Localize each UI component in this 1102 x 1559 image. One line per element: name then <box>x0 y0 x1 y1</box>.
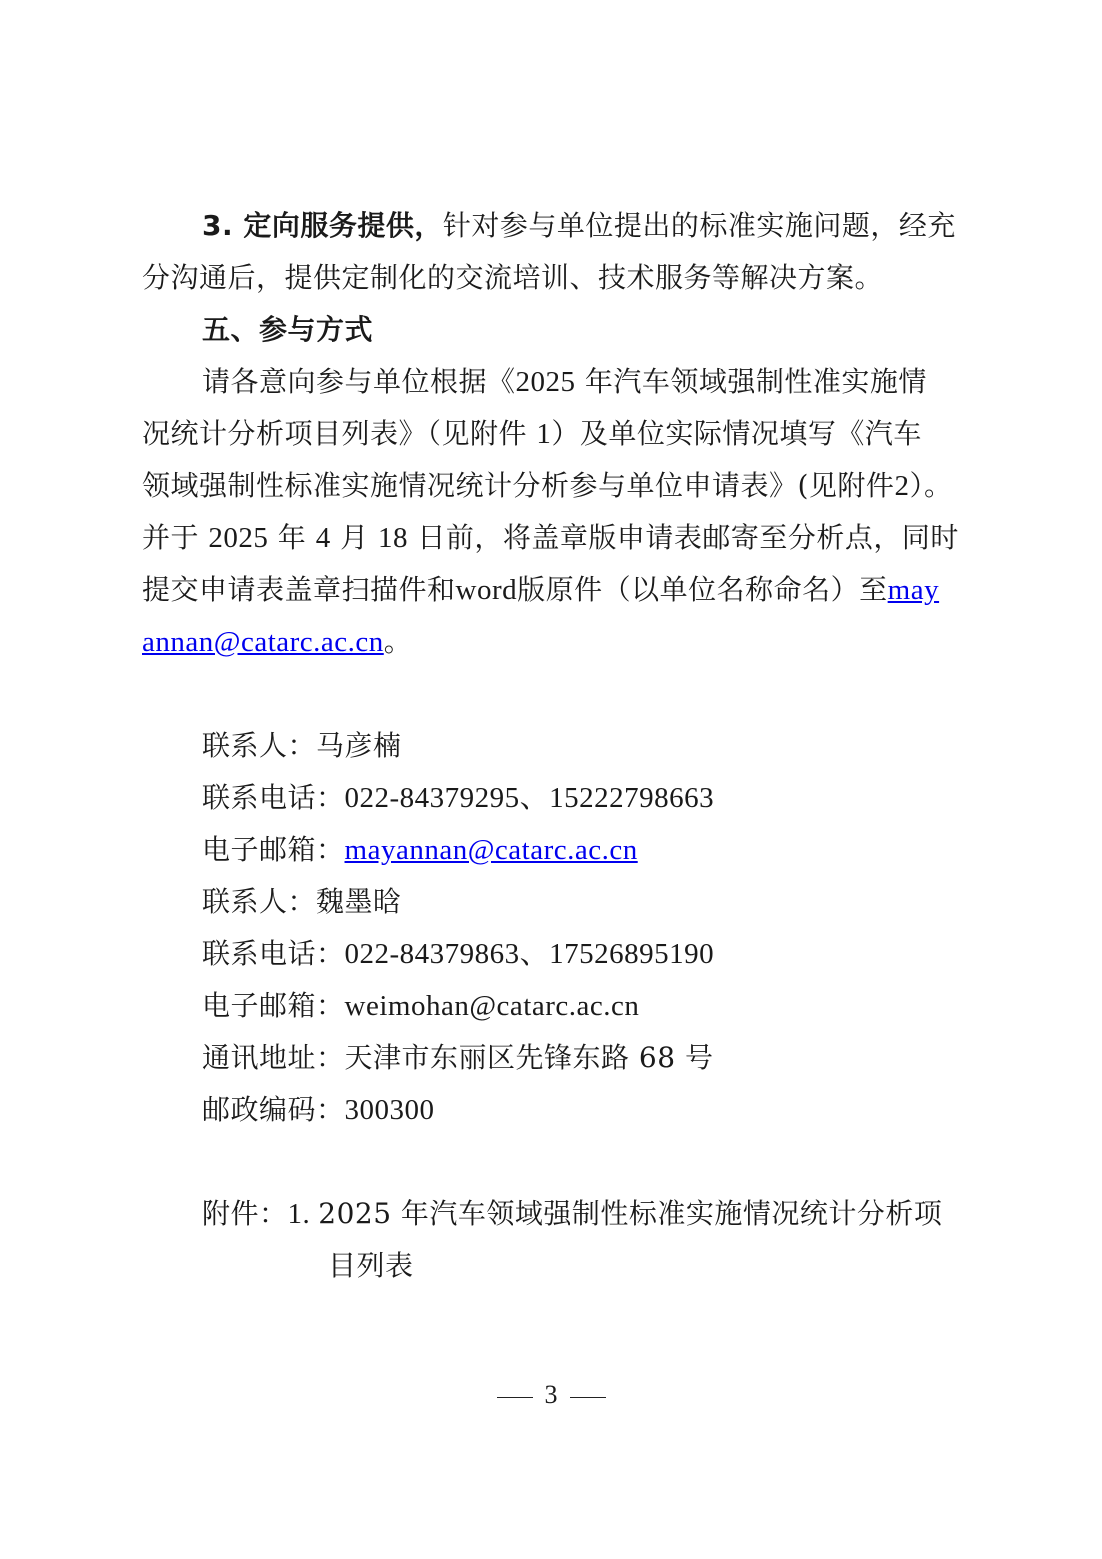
para-text: 年 <box>268 521 315 554</box>
year: 2025 <box>516 366 576 398</box>
page-number: 3 <box>0 1380 1102 1410</box>
para-text: 况统计分析项目列表》（见附件 <box>142 417 536 450</box>
postcode: 邮政编码：300300 <box>202 1092 435 1128</box>
service-item-line-1: 3. 定向服务提供，针对参与单位提出的标准实施问题，经充 <box>202 208 956 244</box>
attachment-title: 2025 年汽车领域强制性标准实施情况统计分析项 <box>318 1197 942 1230</box>
para-text: 。 <box>384 625 413 658</box>
page-number-value: 3 <box>545 1380 558 1409</box>
para-text: ）及单位实际情况填写《汽车 <box>551 417 922 450</box>
para-text: 年汽车领域强制性准实施情 <box>576 365 927 398</box>
month: 4 <box>316 522 331 554</box>
para-line-3: 领域强制性标准实施情况统计分析参与单位申请表》(见附件2）。 <box>142 468 952 504</box>
para-text: 日前，将盖章版申请表邮寄至分析点，同时 <box>408 521 959 554</box>
attachment-index: 1. <box>288 1198 311 1230</box>
para-text: 并于 <box>142 521 208 554</box>
label: 联系人： <box>202 729 316 762</box>
para-text: ）。 <box>909 469 952 502</box>
service-item-title: 3. 定向服务提供， <box>202 209 443 242</box>
label: 邮政编码： <box>202 1093 345 1126</box>
email-link-part-1[interactable]: may <box>888 574 939 606</box>
label: 电子邮箱： <box>202 989 345 1022</box>
attachment-ref: 2 <box>894 470 909 502</box>
attachment-line-2: 目列表 <box>328 1248 414 1284</box>
para-text: 版原件（以单位名称命名）至 <box>517 573 888 606</box>
postcode-value: 300300 <box>345 1094 435 1126</box>
para-text: 请各意向参与单位根据《 <box>202 365 516 398</box>
contact-name: 魏墨晗 <box>316 885 402 918</box>
para-text: 提交申请表盖章扫描件和 <box>142 573 456 606</box>
contact-2-phone: 联系电话：022-84379863、17526895190 <box>202 936 714 972</box>
para-line-2: 况统计分析项目列表》（见附件 1）及单位实际情况填写《汽车 <box>142 416 922 452</box>
label: 联系人： <box>202 885 316 918</box>
service-item-line-2: 分沟通后，提供定制化的交流培训、技术服务等解决方案。 <box>142 260 883 296</box>
dash-right <box>570 1397 606 1398</box>
day: 18 <box>378 522 408 554</box>
attachment-ref: 1 <box>536 418 551 450</box>
para-text: word <box>456 574 518 606</box>
contact-1-email: 电子邮箱：mayannan@catarc.ac.cn <box>202 832 638 868</box>
para-line-1: 请各意向参与单位根据《2025 年汽车领域强制性准实施情 <box>202 364 927 400</box>
contact-1-name: 联系人：马彦楠 <box>202 728 402 764</box>
label: 联系电话： <box>202 781 345 814</box>
para-text: 领域强制性标准实施情况统计分析参与单位申请表》(见附件 <box>142 469 894 502</box>
email-link[interactable]: mayannan@catarc.ac.cn <box>345 834 638 866</box>
para-text: 月 <box>331 521 378 554</box>
contact-2-email: 电子邮箱：weimohan@catarc.ac.cn <box>202 988 639 1024</box>
service-item-text: 针对参与单位提出的标准实施问题，经充 <box>443 209 956 242</box>
email-link-part-2[interactable]: annan@catarc.ac.cn <box>142 626 384 658</box>
phone-value: 022-84379863、17526895190 <box>345 938 715 970</box>
para-line-6: annan@catarc.ac.cn。 <box>142 624 412 660</box>
address: 通讯地址：天津市东丽区先锋东路 68 号 <box>202 1040 713 1076</box>
para-line-4: 并于 2025 年 4 月 18 日前，将盖章版申请表邮寄至分析点，同时 <box>142 520 959 556</box>
label: 附件： <box>202 1197 288 1230</box>
contact-1-phone: 联系电话：022-84379295、15222798663 <box>202 780 714 816</box>
address-value: 天津市东丽区先锋东路 68 号 <box>345 1041 714 1074</box>
label: 联系电话： <box>202 937 345 970</box>
email-value: weimohan@catarc.ac.cn <box>345 990 640 1022</box>
para-line-5: 提交申请表盖章扫描件和word版原件（以单位名称命名）至may <box>142 572 939 608</box>
phone-value: 022-84379295、15222798663 <box>345 782 715 814</box>
label: 通讯地址： <box>202 1041 345 1074</box>
section-heading: 五、参与方式 <box>202 312 373 348</box>
label: 电子邮箱： <box>202 833 345 866</box>
contact-name: 马彦楠 <box>316 729 402 762</box>
year: 2025 <box>208 522 268 554</box>
dash-left <box>497 1397 533 1398</box>
contact-2-name: 联系人：魏墨晗 <box>202 884 402 920</box>
attachment-line-1: 附件：1.2025 年汽车领域强制性标准实施情况统计分析项 <box>202 1196 942 1232</box>
